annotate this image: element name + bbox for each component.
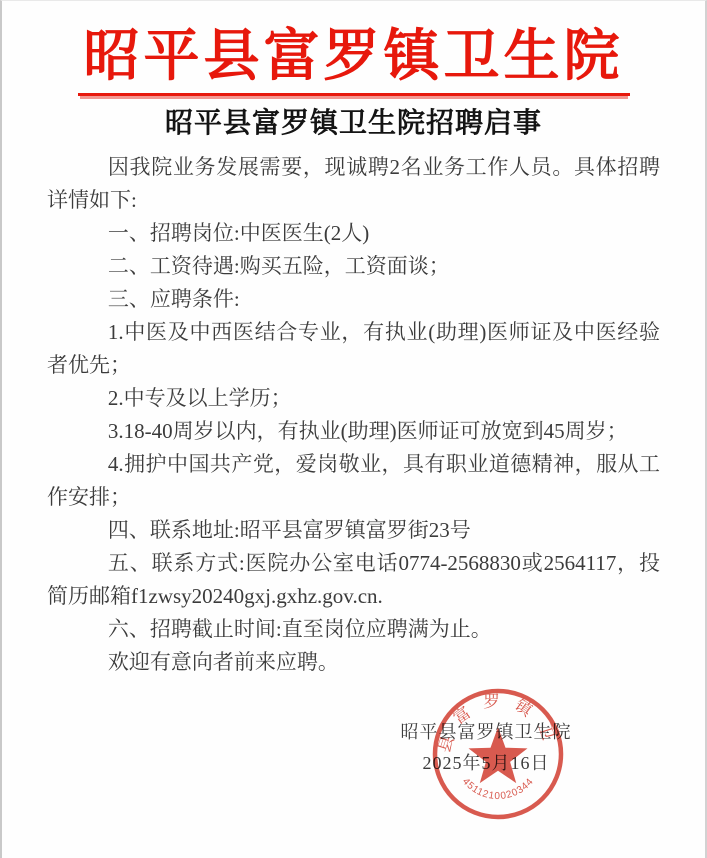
- body-paragraph: 1.中医及中西医结合专业，有执业(助理)医师证及中医经验者优先；: [47, 316, 660, 382]
- body-paragraph: 欢迎有意向者前来应聘。: [47, 646, 660, 679]
- body-paragraph: 2.中专及以上学历；: [47, 382, 660, 415]
- official-seal: 昭平县富罗镇卫生院 4511210020344: [430, 686, 566, 822]
- body-paragraph: 4.拥护中国共产党，爱岗敬业，具有职业道德精神，服从工作安排；: [47, 448, 660, 514]
- body-paragraph: 二、工资待遇:购买五险，工资面谈；: [47, 250, 660, 283]
- body-paragraph: 六、招聘截止时间:直至岗位应聘满为止。: [47, 613, 660, 646]
- body-paragraph: 五、联系方式:医院办公室电话0774-2568830或2564117，投简历邮箱…: [47, 547, 660, 613]
- body-paragraph: 四、联系地址:昭平县富罗镇富罗街23号: [47, 514, 660, 547]
- body-paragraph: 一、招聘岗位:中医医生(2人): [47, 217, 660, 250]
- body-paragraph: 因我院业务发展需要，现诚聘2名业务工作人员。具体招聘详情如下:: [47, 151, 660, 217]
- seal-star-icon: [469, 727, 528, 783]
- notice-body: 因我院业务发展需要，现诚聘2名业务工作人员。具体招聘详情如下:一、招聘岗位:中医…: [2, 151, 705, 679]
- letterhead: 昭平县富罗镇卫生院: [2, 27, 705, 96]
- letterhead-title: 昭平县富罗镇卫生院: [78, 27, 630, 96]
- seal-number: 4511210020344: [460, 776, 536, 802]
- body-paragraph: 三、应聘条件:: [47, 283, 660, 316]
- document-page: 昭平县富罗镇卫生院 昭平县富罗镇卫生院招聘启事 因我院业务发展需要，现诚聘2名业…: [0, 0, 707, 858]
- body-paragraph: 3.18-40周岁以内，有执业(助理)医师证可放宽到45周岁；: [47, 415, 660, 448]
- notice-title: 昭平县富罗镇卫生院招聘启事: [2, 108, 705, 138]
